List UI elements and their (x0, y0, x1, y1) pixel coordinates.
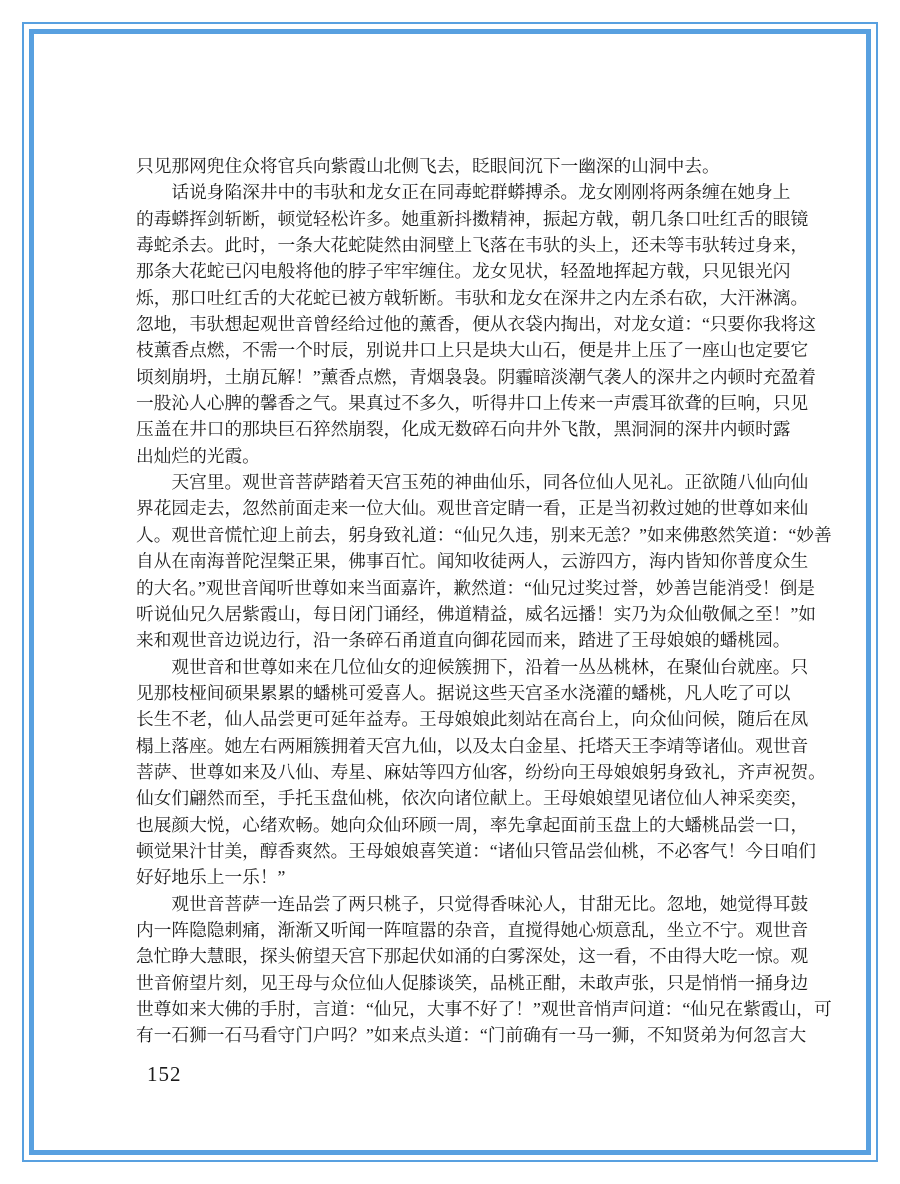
text-line: 出灿烂的光霞。 (136, 443, 778, 469)
text-line: 忽地，韦驮想起观世音曾经给过他的薰香，便从衣袋内掏出，对龙女道：“只要你我将这 (136, 311, 778, 337)
text-line: 人。观世音慌忙迎上前去，躬身致礼道：“仙兄久违，别来无恙？”如来佛憨然笑道：“妙… (136, 522, 778, 548)
text-line: 也展颜大悦，心绪欢畅。她向众仙环顾一周，率先拿起面前玉盘上的大蟠桃品尝一口， (136, 812, 778, 838)
text-line: 世音俯望片刻，见王母与众位仙人促膝谈笑，品桃正酣，未敢声张，只是悄悄一捅身边 (136, 970, 778, 996)
text-line: 一股沁人心脾的馨香之气。果真过不多久，听得井口上传来一声震耳欲聋的巨响，只见 (136, 390, 778, 416)
text-line: 顷刻崩坍，土崩瓦解！”薰香点燃，青烟袅袅。阴霾暗淡潮气袭人的深井之内顿时充盈着 (136, 364, 778, 390)
text-line: 有一石狮一石马看守门户吗？”如来点头道：“门前确有一马一狮，不知贤弟为何忽言大 (136, 1022, 778, 1048)
page-number: 152 (147, 1062, 182, 1087)
text-line: 世尊如来大佛的手肘，言道：“仙兄，大事不好了！”观世音悄声问道：“仙兄在紫霞山，… (136, 996, 778, 1022)
text-line: 观世音菩萨一连品尝了两只桃子，只觉得香味沁人，甘甜无比。忽地，她觉得耳鼓 (136, 891, 778, 917)
text-line: 界花园走去，忽然前面走来一位大仙。观世音定睛一看，正是当初救过她的世尊如来仙 (136, 495, 778, 521)
text-line: 内一阵隐隐刺痛，渐渐又听闻一阵喧嚣的杂音，直搅得她心烦意乱，坐立不宁。观世音 (136, 917, 778, 943)
text-line: 那条大花蛇已闪电般将他的脖子牢牢缠住。龙女见状，轻盈地挥起方戟，只见银光闪 (136, 258, 778, 284)
text-line: 急忙睁大慧眼，探头俯望天宫下那起伏如涌的白雾深处，这一看，不由得大吃一惊。观 (136, 943, 778, 969)
text-line: 仙女们翩然而至，手托玉盘仙桃，依次向诸位献上。王母娘娘望见诸位仙人神采奕奕， (136, 785, 778, 811)
text-line: 的大名。”观世音闻听世尊如来当面嘉许，歉然道：“仙兄过奖过誉，妙善岂能消受！倒是 (136, 575, 778, 601)
text-line: 听说仙兄久居紫霞山，每日闭门诵经，佛道精益，威名远播！实乃为众仙敬佩之至！”如 (136, 601, 778, 627)
text-line: 话说身陷深井中的韦驮和龙女正在同毒蛇群蟒搏杀。龙女刚刚将两条缠在她身上 (136, 179, 778, 205)
text-line: 自从在南海普陀涅槃正果，佛事百忙。闻知收徒两人，云游四方，海内皆知你普度众生 (136, 548, 778, 574)
text-line: 来和观世音边说边行，沿一条碎石甬道直向御花园而来，踏进了王母娘娘的蟠桃园。 (136, 627, 778, 653)
text-line: 长生不老，仙人品尝更可延年益寿。王母娘娘此刻站在高台上，向众仙问候，随后在凤 (136, 706, 778, 732)
text-line: 榻上落座。她左右两厢簇拥着天宫九仙，以及太白金星、托塔天王李靖等诸仙。观世音 (136, 733, 778, 759)
text-line: 天宫里。观世音菩萨踏着天宫玉苑的神曲仙乐，同各位仙人见礼。正欲随八仙向仙 (136, 469, 778, 495)
text-line: 顿觉果汁甘美，醇香爽然。王母娘娘喜笑道：“诸仙只管品尝仙桃，不必客气！今日咱们 (136, 838, 778, 864)
text-line: 压盖在井口的那块巨石猝然崩裂，化成无数碎石向井外飞散，黑洞洞的深井内顿时露 (136, 416, 778, 442)
text-line: 的毒蟒挥剑斩断，顿觉轻松许多。她重新抖擞精神，振起方戟，朝几条口吐红舌的眼镜 (136, 206, 778, 232)
text-line: 烁，那口吐红舌的大花蛇已被方戟斩断。韦驮和龙女在深井之内左杀右砍，大汗淋漓。 (136, 285, 778, 311)
body-text: 只见那网兜住众将官兵向紫霞山北侧飞去，眨眼间沉下一幽深的山洞中去。 话说身陷深井… (136, 153, 778, 1049)
text-line: 毒蛇杀去。此时，一条大花蛇陡然由洞壁上飞落在韦驮的头上，还未等韦驮转过身来， (136, 232, 778, 258)
text-line: 只见那网兜住众将官兵向紫霞山北侧飞去，眨眼间沉下一幽深的山洞中去。 (136, 153, 778, 179)
text-line: 见那枝桠间硕果累累的蟠桃可爱喜人。据说这些天宫圣水浇灌的蟠桃，凡人吃了可以 (136, 680, 778, 706)
text-line: 枝薰香点燃，不需一个时辰，别说井口上只是块大山石，便是井上压了一座山也定要它 (136, 337, 778, 363)
text-line: 菩萨、世尊如来及八仙、寿星、麻姑等四方仙客，纷纷向王母娘娘躬身致礼，齐声祝贺。 (136, 759, 778, 785)
text-line: 观世音和世尊如来在几位仙女的迎候簇拥下，沿着一丛丛桃林，在聚仙台就座。只 (136, 654, 778, 680)
text-line: 好好地乐上一乐！” (136, 864, 778, 890)
